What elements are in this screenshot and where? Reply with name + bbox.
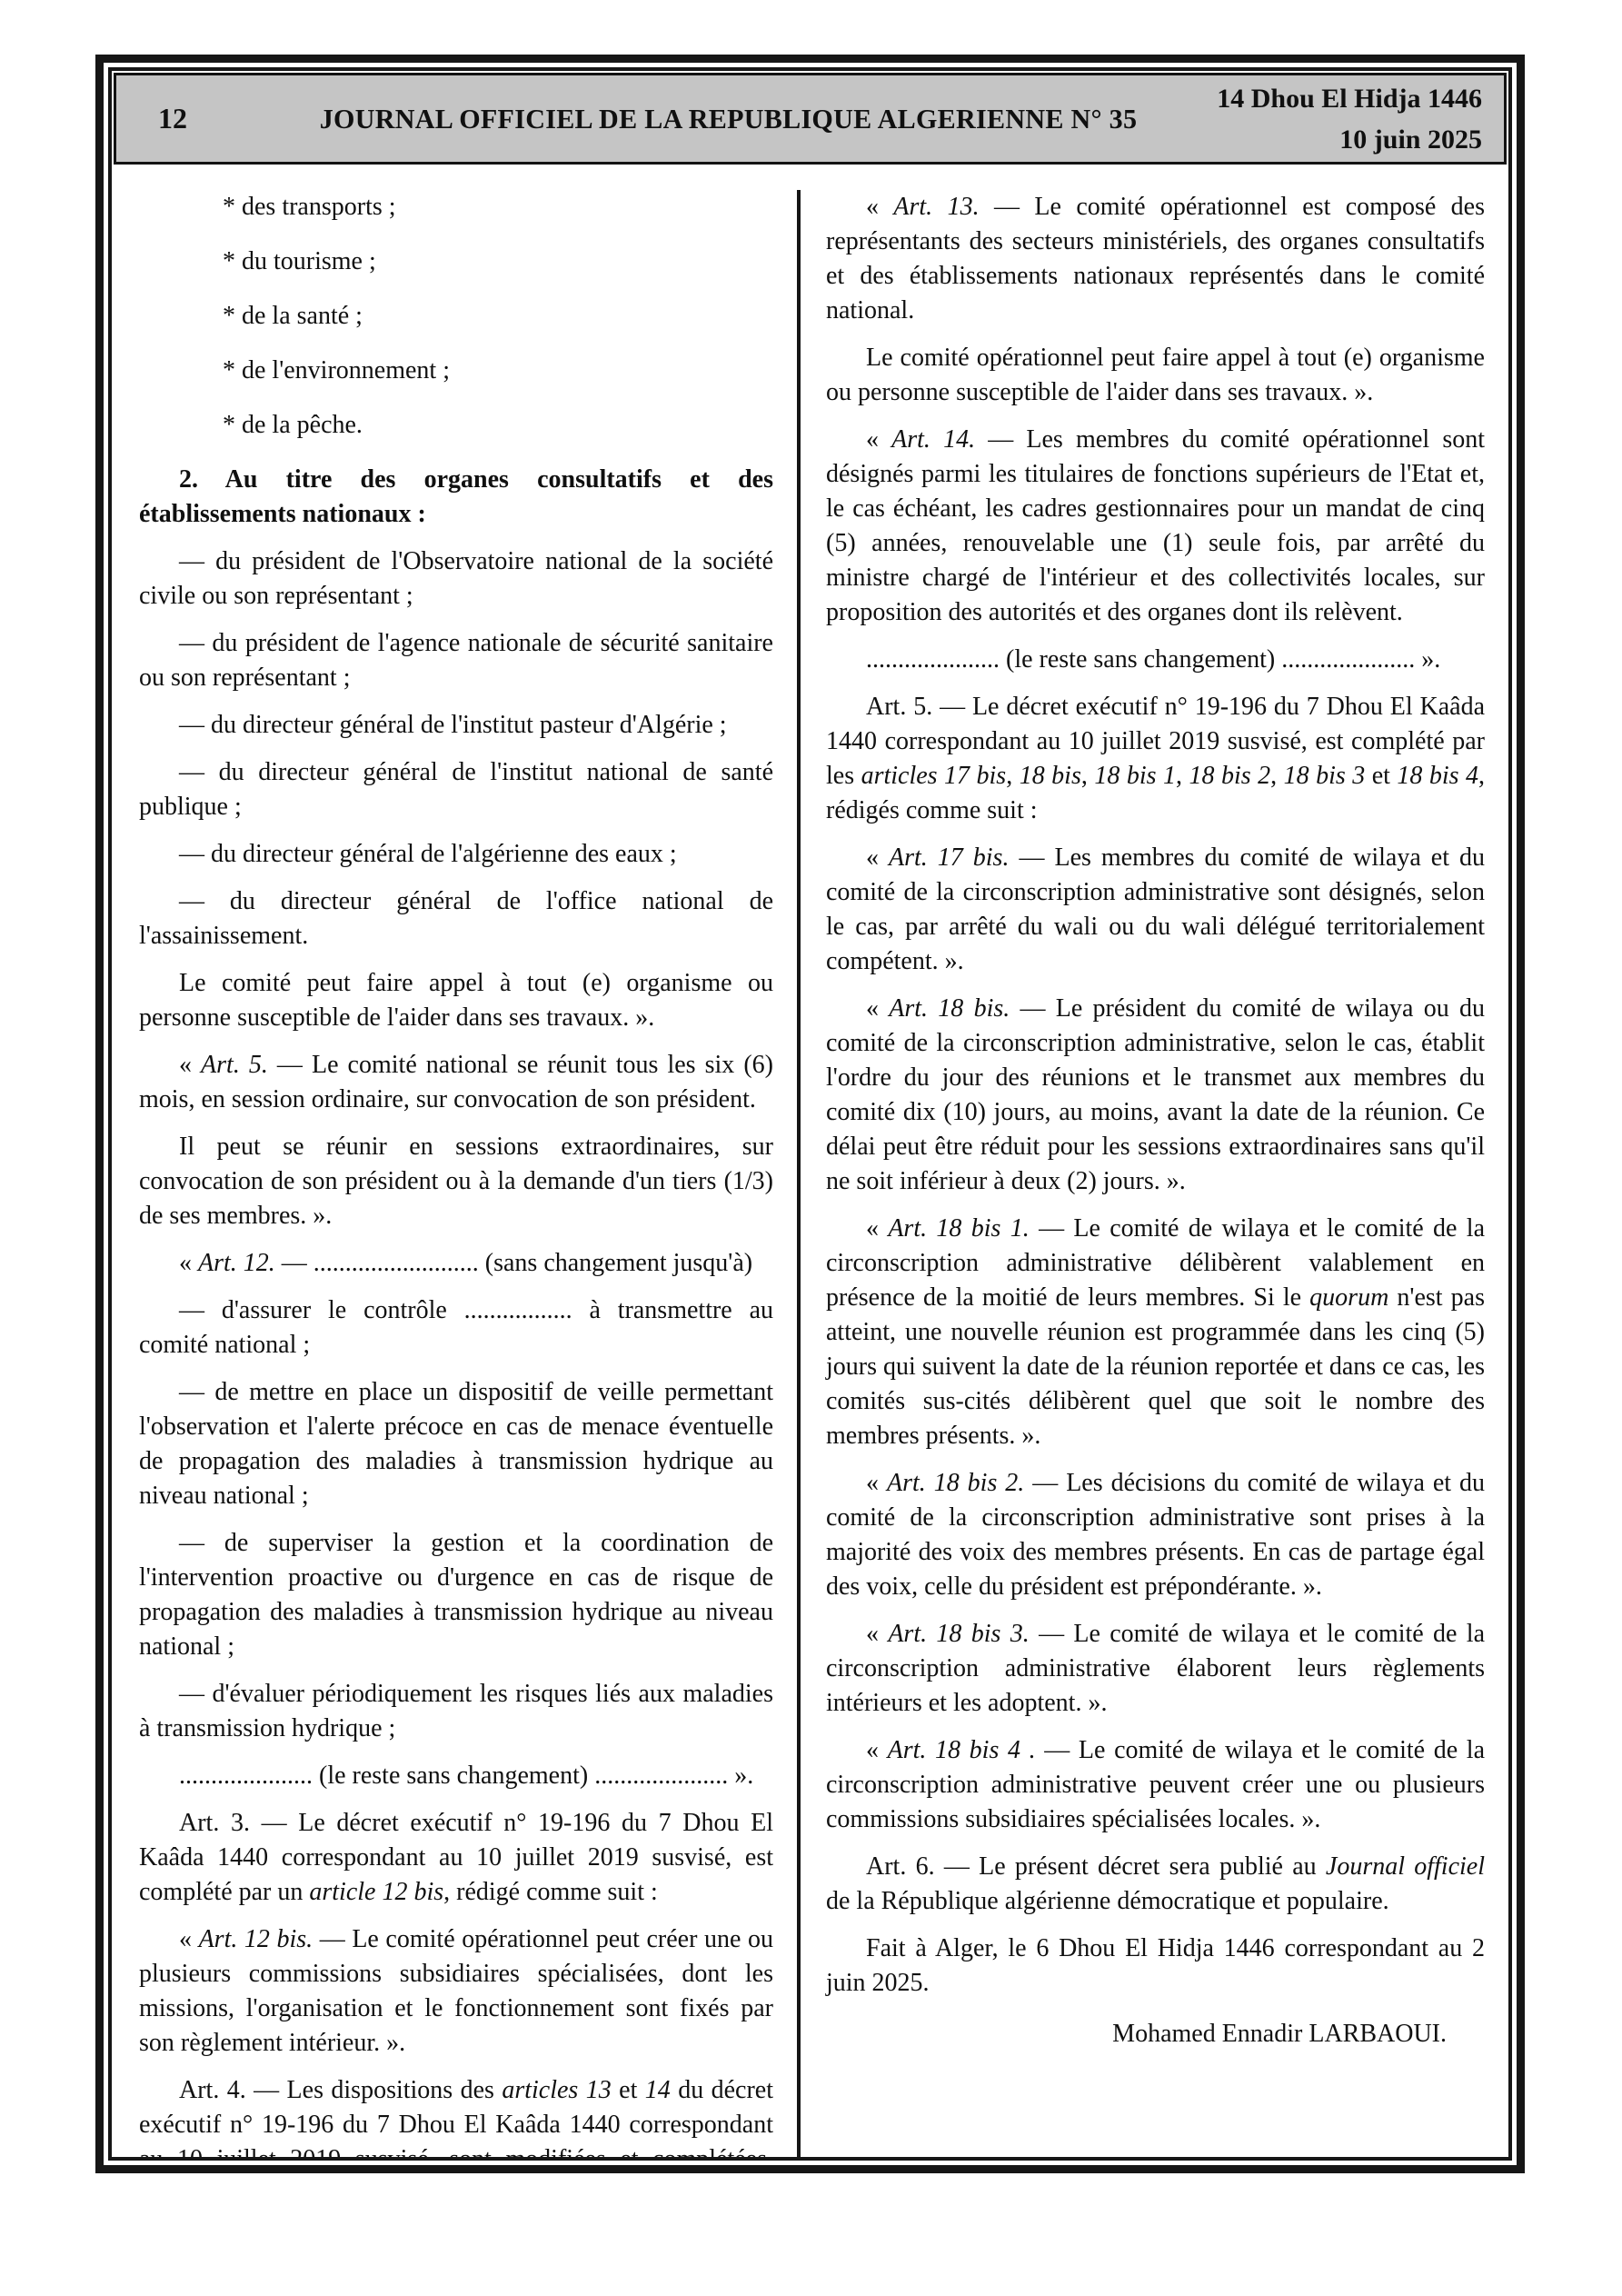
text-run: Art. 4. — Les dispositions des — [179, 2076, 502, 2104]
paragraph: « Art. 12 bis. — Le comité opérationnel … — [139, 1922, 773, 2061]
paragraph: « Art. 18 bis 3. — Le comité de wilaya e… — [826, 1617, 1485, 1721]
text-run: « — [866, 1620, 888, 1648]
date-hijri: 14 Dhou El Hidja 1446 — [1177, 78, 1482, 119]
paragraph: « Art. 18 bis 2. — Les décisions du comi… — [826, 1466, 1485, 1604]
text-run: Fait à Alger, le 6 Dhou El Hidja 1446 co… — [826, 1934, 1485, 1997]
left-column: * des transports ;* du tourisme ;* de la… — [112, 190, 797, 2161]
text-run: et — [1365, 762, 1397, 790]
paragraph: — de superviser la gestion et la coordin… — [139, 1526, 773, 1664]
date-gregorian: 10 juin 2025 — [1177, 119, 1482, 160]
text-run: articles 13 — [502, 2076, 611, 2104]
paragraph: — du directeur général de l'algérienne d… — [139, 837, 773, 872]
text-run: Mohamed Ennadir LARBAOUI. — [1112, 2020, 1447, 2048]
page-content: * des transports ;* du tourisme ;* de la… — [112, 166, 1508, 2161]
text-run: , rédigé comme suit : — [443, 1878, 658, 1906]
text-run: 18 bis 2 — [1189, 762, 1270, 790]
paragraph: 2. Au titre des organes consultatifs et … — [139, 463, 773, 532]
page-header: 12 JOURNAL OFFICIEL DE LA REPUBLIQUE ALG… — [114, 73, 1507, 165]
text-run: « — [866, 1736, 888, 1764]
text-run: — .......................... (sans chang… — [275, 1249, 752, 1277]
text-run: — de superviser la gestion et la coordin… — [139, 1529, 773, 1661]
text-run: — du président de l'agence nationale de … — [139, 629, 773, 692]
paragraph: Art. 3. — Le décret exécutif n° 19-196 d… — [139, 1806, 773, 1910]
text-run: — d'assurer le contrôle ................… — [139, 1296, 773, 1359]
paragraph: « Art. 14. — Les membres du comité opéra… — [826, 423, 1485, 630]
paragraph: — d'assurer le contrôle ................… — [139, 1293, 773, 1363]
text-run: 18 bis 3 — [1284, 762, 1366, 790]
text-run: — de mettre en place un dispositif de ve… — [139, 1378, 773, 1510]
text-run: Il peut se réunir en sessions extraordin… — [139, 1133, 773, 1230]
paragraph: * de l'environnement ; — [139, 354, 773, 388]
text-run: * de l'environnement ; — [223, 356, 450, 384]
paragraph: — de mettre en place un dispositif de ve… — [139, 1375, 773, 1513]
text-run: « — [866, 425, 891, 454]
paragraph: « Art. 17 bis. — Les membres du comité d… — [826, 841, 1485, 979]
text-run: article 12 bis — [309, 1878, 443, 1906]
paragraph: Art. 6. — Le présent décret sera publié … — [826, 1850, 1485, 1919]
text-run: 18 bis 4 — [1397, 762, 1478, 790]
paragraph: Mohamed Ennadir LARBAOUI. — [826, 2017, 1485, 2051]
text-run: « — [179, 1925, 199, 1953]
paragraph: « Art. 5. — Le comité national se réunit… — [139, 1048, 773, 1117]
text-run: — du directeur général de l'institut pas… — [179, 711, 727, 739]
text-run: * de la santé ; — [223, 302, 363, 330]
text-run: 14 — [645, 2076, 671, 2104]
text-run: — Les membres du comité opérationnel son… — [826, 425, 1485, 626]
paragraph: * de la santé ; — [139, 299, 773, 334]
paragraph: — du président de l'agence nationale de … — [139, 626, 773, 695]
text-run: 2. Au titre des organes consultatifs et … — [139, 465, 773, 528]
text-run: « — [179, 1051, 201, 1079]
text-run: Art. 18 bis 4 . — [888, 1736, 1036, 1764]
text-run: Art. 18 bis. — [889, 994, 1010, 1023]
text-run: Art. 18 bis 3. — [888, 1620, 1029, 1648]
text-run: * de la pêche. — [223, 411, 363, 439]
paragraph: « Art. 18 bis 4 . — Le comité de wilaya … — [826, 1733, 1485, 1837]
page-frame: 12 JOURNAL OFFICIEL DE LA REPUBLIQUE ALG… — [95, 55, 1525, 2173]
text-run: Le comité peut faire appel à tout (e) or… — [139, 969, 773, 1032]
text-run: — du directeur général de l'institut nat… — [139, 758, 773, 821]
paragraph: Il peut se réunir en sessions extraordin… — [139, 1130, 773, 1233]
text-run: Art. 14. — [891, 425, 975, 454]
text-run: * du tourisme ; — [223, 247, 376, 275]
paragraph: * du tourisme ; — [139, 245, 773, 279]
text-run: — du directeur général de l'algérienne d… — [179, 840, 677, 868]
text-run: — d'évaluer périodiquement les risques l… — [139, 1680, 773, 1742]
text-run: Art. 12 bis. — [199, 1925, 313, 1953]
text-run: Art. 13. — [893, 193, 979, 221]
text-run: et — [612, 2076, 645, 2104]
paragraph: — d'évaluer périodiquement les risques l… — [139, 1677, 773, 1746]
text-run: « — [866, 1469, 887, 1497]
text-run: quorum — [1309, 1283, 1388, 1312]
text-run: « — [179, 1249, 198, 1277]
text-run: de la République algérienne démocratique… — [826, 1887, 1389, 1915]
text-run: * des transports ; — [223, 193, 396, 221]
paragraph: * des transports ; — [139, 190, 773, 225]
paragraph: Art. 4. — Les dispositions des articles … — [139, 2073, 773, 2161]
journal-title: JOURNAL OFFICIEL DE LA REPUBLIQUE ALGERI… — [294, 103, 1163, 135]
issue-dates: 14 Dhou El Hidja 1446 10 juin 2025 — [1177, 78, 1504, 160]
text-run: articles 17 bis — [861, 762, 1007, 790]
text-run: ..................... (le reste sans cha… — [866, 645, 1440, 674]
text-run: Art. 12. — [198, 1249, 275, 1277]
paragraph: « Art. 18 bis 1. — Le comité de wilaya e… — [826, 1212, 1485, 1453]
text-run: Art. 18 bis 2. — [887, 1469, 1024, 1497]
text-run: , — [1006, 762, 1019, 790]
paragraph: — du directeur général de l'institut pas… — [139, 708, 773, 743]
paragraph: « Art. 13. — Le comité opérationnel est … — [826, 190, 1485, 328]
paragraph: ..................... (le reste sans cha… — [139, 1759, 773, 1793]
text-run: Art. 18 bis 1. — [888, 1214, 1029, 1243]
page-number: 12 — [116, 102, 280, 135]
text-run: Le comité opérationnel peut faire appel … — [826, 344, 1485, 406]
text-run: — Le président du comité de wilaya ou du… — [826, 994, 1485, 1195]
text-run: 18 bis — [1020, 762, 1081, 790]
text-run: , — [1270, 762, 1283, 790]
text-run: 18 bis 1 — [1094, 762, 1176, 790]
text-run: — du président de l'Observatoire nationa… — [139, 547, 773, 610]
paragraph: — du président de l'Observatoire nationa… — [139, 544, 773, 614]
text-run: — du directeur général de l'office natio… — [139, 887, 773, 950]
text-run: Journal officiel — [1326, 1852, 1485, 1881]
text-run: , — [1081, 762, 1094, 790]
text-run: Art. 5. — [201, 1051, 268, 1079]
paragraph: Le comité opérationnel peut faire appel … — [826, 341, 1485, 410]
paragraph: Fait à Alger, le 6 Dhou El Hidja 1446 co… — [826, 1932, 1485, 2001]
paragraph: Art. 5. — Le décret exécutif n° 19-196 d… — [826, 690, 1485, 828]
paragraph: « Art. 18 bis. — Le président du comité … — [826, 992, 1485, 1199]
paragraph: — du directeur général de l'office natio… — [139, 884, 773, 953]
paragraph: « Art. 12. — .......................... … — [139, 1246, 773, 1281]
text-run: Art. 6. — Le présent décret sera publié … — [866, 1852, 1326, 1881]
paragraph: Le comité peut faire appel à tout (e) or… — [139, 966, 773, 1035]
text-run: « — [866, 1214, 888, 1243]
text-run: « — [866, 994, 889, 1023]
text-run: ..................... (le reste sans cha… — [179, 1762, 753, 1790]
text-run: , — [1176, 762, 1189, 790]
paragraph: ..................... (le reste sans cha… — [826, 643, 1485, 677]
text-run: « — [866, 844, 889, 872]
right-column: « Art. 13. — Le comité opérationnel est … — [801, 190, 1508, 2161]
text-run: « — [866, 193, 893, 221]
paragraph: * de la pêche. — [139, 408, 773, 443]
page-frame-inner: 12 JOURNAL OFFICIEL DE LA REPUBLIQUE ALG… — [108, 67, 1512, 2161]
text-run: Art. 17 bis. — [889, 844, 1009, 872]
paragraph: — du directeur général de l'institut nat… — [139, 755, 773, 824]
